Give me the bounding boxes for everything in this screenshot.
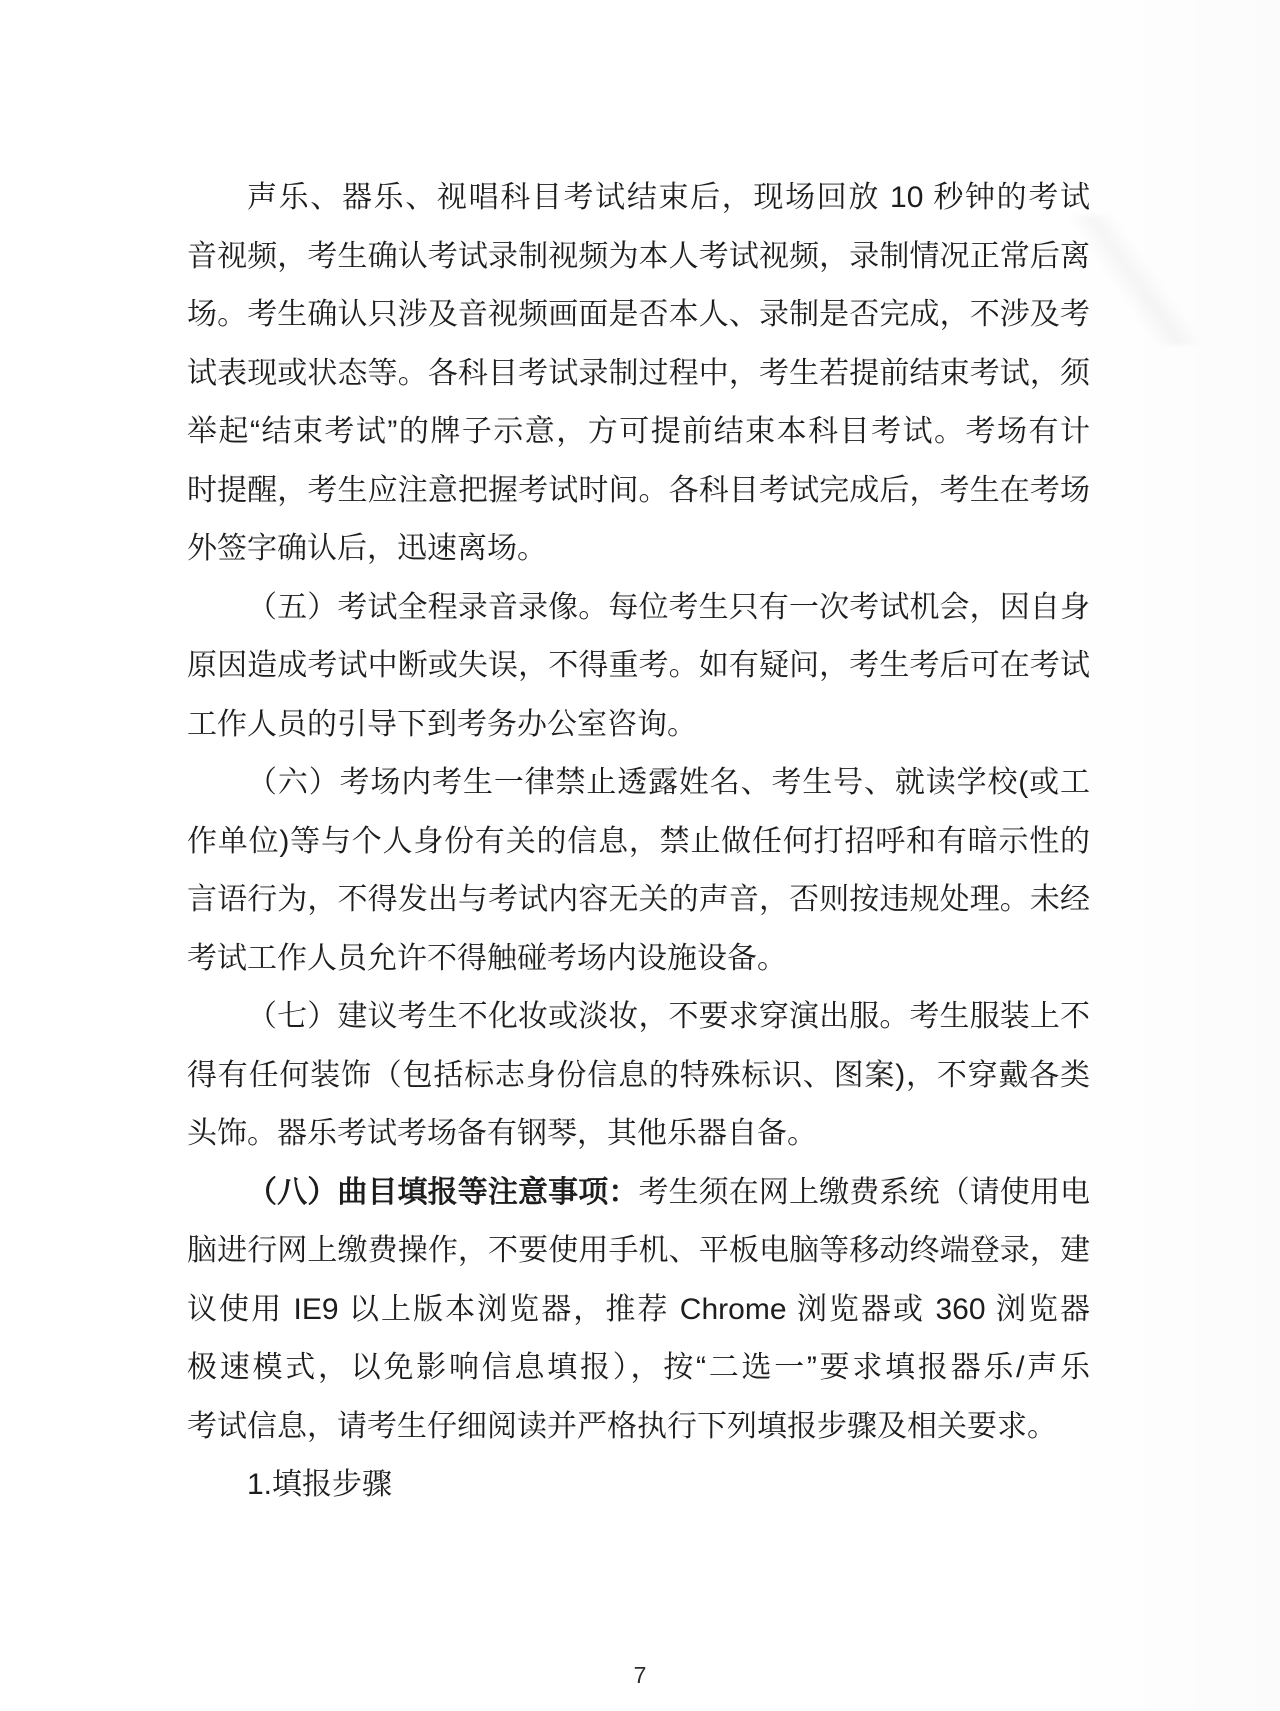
document-body: 声乐、器乐、视唱科目考试结束后，现场回放 10 秒钟的考试音视频，考生确认考试录…	[187, 169, 1090, 1515]
text-line: 议使用 IE9 以上版本浏览器，推荐 Chrome 浏览器或 360 浏览器	[187, 1281, 1090, 1340]
text-line: 得有任何装饰（包括标志身份信息的特殊标识、图案)，不穿戴各类	[187, 1047, 1090, 1106]
text-line: （五）考试全程录音录像。每位考生只有一次考试机会，因自身	[187, 579, 1090, 638]
text-line: 时提醒，考生应注意把握考试时间。各科目考试完成后，考生在考场	[187, 462, 1090, 521]
text-line: 头饰。器乐考试考场备有钢琴，其他乐器自备。	[187, 1105, 1090, 1164]
para-filling-steps: 1.填报步骤	[187, 1456, 1090, 1515]
text-line: 工作人员的引导下到考务办公室咨询。	[187, 696, 1090, 755]
page-number: 7	[0, 1662, 1280, 1689]
text-line: 外签字确认后，迅速离场。	[187, 520, 1090, 579]
text-line: （七）建议考生不化妆或淡妆，不要求穿演出服。考生服装上不	[187, 988, 1090, 1047]
para-item-7: （七）建议考生不化妆或淡妆，不要求穿演出服。考生服装上不得有任何装饰（包括标志身…	[187, 988, 1090, 1164]
text-line: 原因造成考试中断或失误，不得重考。如有疑问，考生考后可在考试	[187, 637, 1090, 696]
text-line: 音视频，考生确认考试录制视频为本人考试视频，录制情况正常后离	[187, 228, 1090, 287]
text-line: 作单位)等与个人身份有关的信息，禁止做任何打招呼和有暗示性的	[187, 813, 1090, 872]
para-item-6: （六）考场内考生一律禁止透露姓名、考生号、就读学校(或工作单位)等与个人身份有关…	[187, 754, 1090, 988]
text-line: 1.填报步骤	[187, 1456, 1090, 1515]
text-line: 举起“结束考试”的牌子示意，方可提前结束本科目考试。考场有计	[187, 403, 1090, 462]
text-segment: 考生须在网上缴费系统（请使用电	[638, 1176, 1090, 1209]
text-line: 脑进行网上缴费操作，不要使用手机、平板电脑等移动终端登录，建	[187, 1222, 1090, 1281]
para-recording-playback: 声乐、器乐、视唱科目考试结束后，现场回放 10 秒钟的考试音视频，考生确认考试录…	[187, 169, 1090, 579]
text-line: （八）曲目填报等注意事项：考生须在网上缴费系统（请使用电	[187, 1164, 1090, 1223]
text-line: 试表现或状态等。各科目考试录制过程中，考生若提前结束考试，须	[187, 345, 1090, 404]
text-line: 极速模式，以免影响信息填报），按“二选一”要求填报器乐/声乐	[187, 1339, 1090, 1398]
text-line: 场。考生确认只涉及音视频画面是否本人、录制是否完成，不涉及考	[187, 286, 1090, 345]
text-line: （六）考场内考生一律禁止透露姓名、考生号、就读学校(或工	[187, 754, 1090, 813]
para-item-5: （五）考试全程录音录像。每位考生只有一次考试机会，因自身原因造成考试中断或失误，…	[187, 579, 1090, 755]
text-line: 声乐、器乐、视唱科目考试结束后，现场回放 10 秒钟的考试	[187, 169, 1090, 228]
para-item-8: （八）曲目填报等注意事项：考生须在网上缴费系统（请使用电脑进行网上缴费操作，不要…	[187, 1164, 1090, 1457]
text-line: 考试工作人员允许不得触碰考场内设施设备。	[187, 930, 1090, 989]
bold-heading-segment: （八）曲目填报等注意事项：	[247, 1176, 638, 1209]
text-line: 言语行为，不得发出与考试内容无关的声音，否则按违规处理。未经	[187, 871, 1090, 930]
text-line: 考试信息，请考生仔细阅读并严格执行下列填报步骤及相关要求。	[187, 1398, 1090, 1457]
document-page: 声乐、器乐、视唱科目考试结束后，现场回放 10 秒钟的考试音视频，考生确认考试录…	[0, 0, 1280, 1711]
